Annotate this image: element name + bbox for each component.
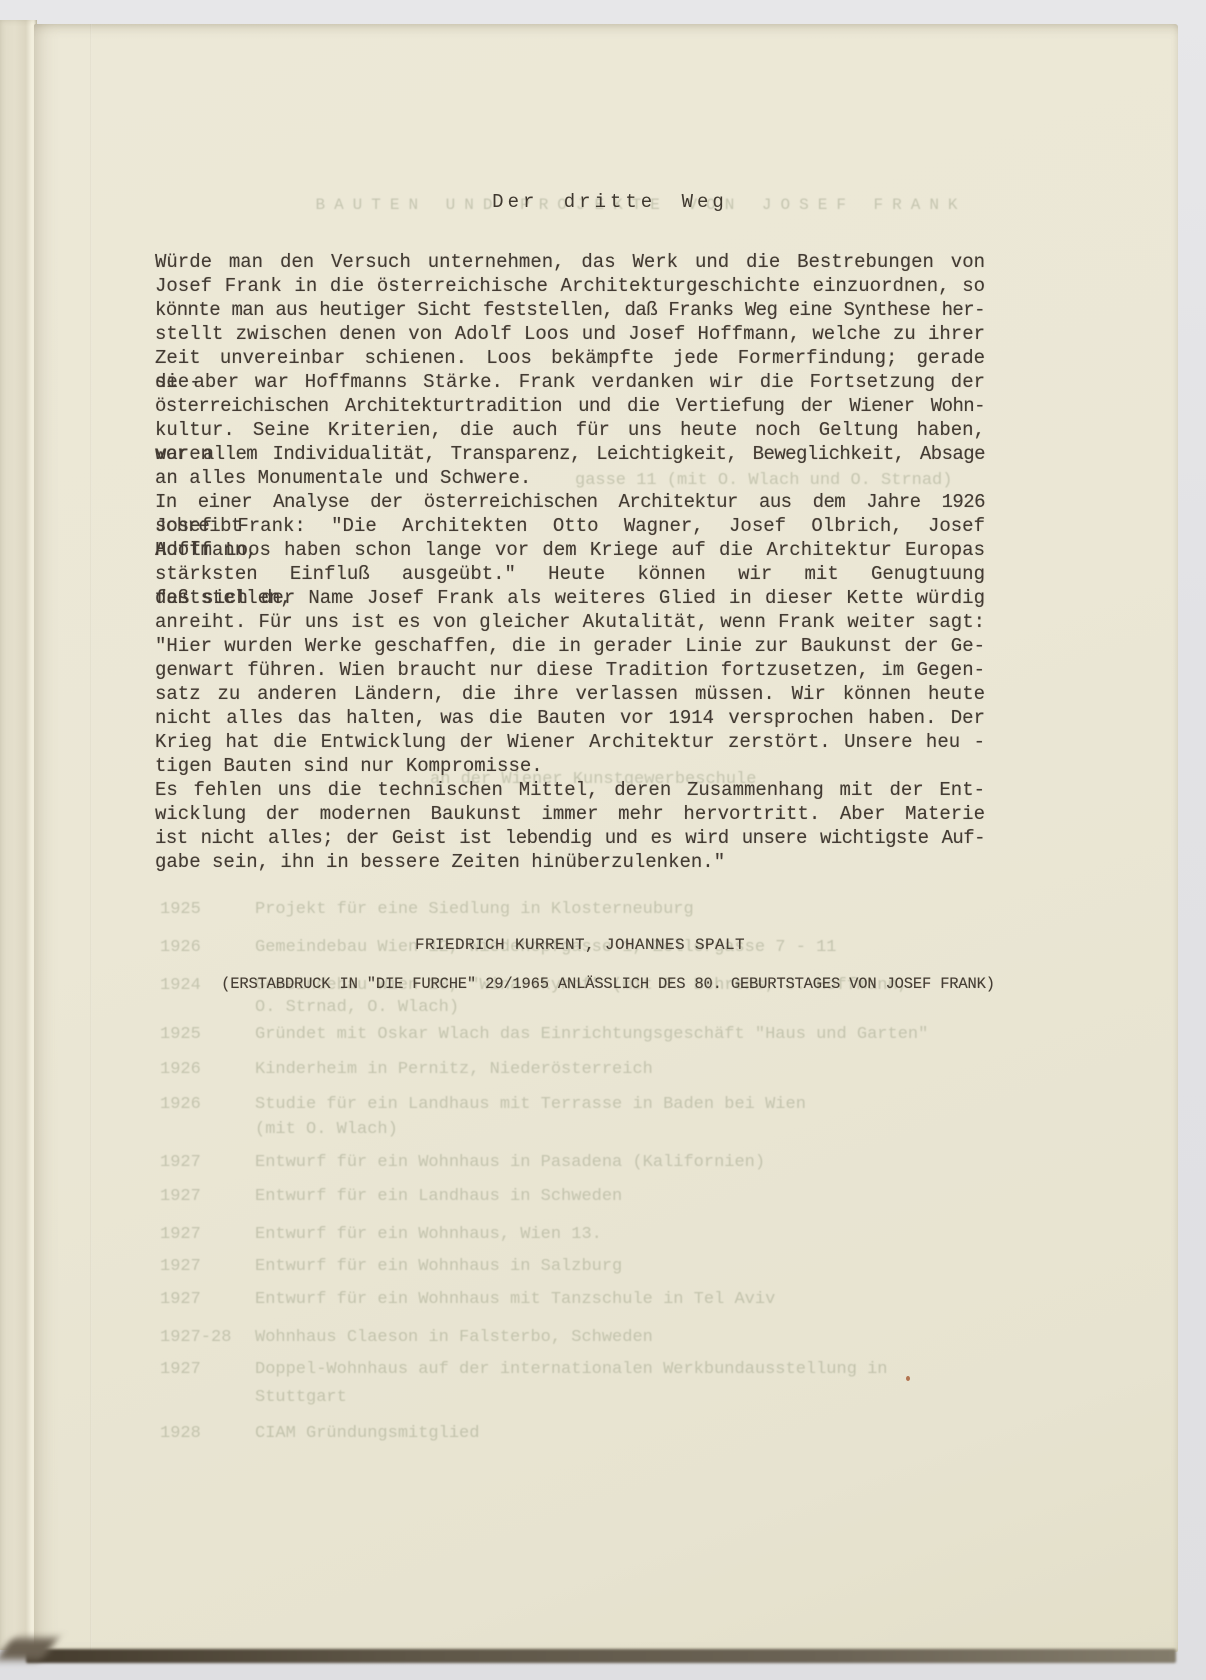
ghost-list-entry: 1925Projekt für eine Siedlung in Kloster… [34,900,1178,922]
ghost-entry-year: 1925 [160,1025,201,1044]
scanner-background: BAUTEN UND PROJEKTE VON JOSEF FRANK gass… [0,0,1206,1680]
ghost-entry-text: Entwurf für ein Wohnhaus in Salzburg [255,1257,622,1276]
body-text: Würde man den Versuch unternehmen, das W… [155,250,985,874]
ghost-entry-year: 1927-28 [160,1328,231,1347]
ghost-entry-year: 1927 [160,1153,201,1172]
body-line: stellt zwischen denen von Adolf Loos und… [155,322,985,346]
body-line: Es fehlen uns die technischen Mittel, de… [155,778,985,802]
ghost-list-entry: 1927Entwurf für ein Wohnhaus in Salzburg [34,1257,1178,1279]
body-line: Zeit unvereinbar schienen. Loos bekämpft… [155,346,985,370]
paper-speck [906,1376,910,1381]
book-page-edges [0,20,37,1650]
ghost-list-entry: 1927Entwurf für ein Wohnhaus mit Tanzsch… [34,1290,1178,1312]
ghost-entry-text: Gründet mit Oskar Wlach das Einrichtungs… [255,1025,928,1044]
body-line: tigen Bauten sind nur Kompromisse. [155,754,985,778]
ghost-list-entry: Stuttgart [34,1388,1178,1410]
source-note: (ERSTABDRUCK IN "DIE FURCHE" 29/1965 ANL… [178,975,1038,993]
attribution-authors: FRIEDRICH KURRENT, JOHANNES SPALT [165,936,995,954]
ghost-list-entry: 1927Doppel-Wohnhaus auf der internationa… [34,1360,1178,1382]
page-title: Der dritte Weg [195,191,1025,213]
ghost-entry-text: Wohnhaus Claeson in Falsterbo, Schweden [255,1328,653,1347]
body-line: satz zu anderen Ländern, die ihre verlas… [155,682,985,706]
ghost-entry-text: Kinderheim in Pernitz, Niederösterreich [255,1060,653,1079]
ghost-entry-year: 1928 [160,1424,201,1443]
ghost-entry-text: Studie für ein Landhaus mit Terrasse in … [255,1095,806,1114]
body-line: Adolf Loos haben schon lange vor dem Kri… [155,538,985,562]
body-line: Krieg hat die Entwicklung der Wiener Arc… [155,730,985,754]
body-line: wicklung der modernen Baukunst immer meh… [155,802,985,826]
body-line: kultur. Seine Kriterien, die auch für un… [155,418,985,442]
body-line: In einer Analyse der österreichischen Ar… [155,490,985,514]
body-line: ist nicht alles; der Geist ist lebendig … [155,826,985,850]
body-line: Josef Frank: "Die Architekten Otto Wagne… [155,514,985,538]
body-line: se aber war Hoffmanns Stärke. Frank verd… [155,370,985,394]
body-line: Würde man den Versuch unternehmen, das W… [155,250,985,274]
ghost-list-entry: 1928CIAM Gründungsmitglied [34,1424,1178,1446]
ghost-entry-text: Doppel-Wohnhaus auf der internationalen … [255,1360,888,1379]
document-page: BAUTEN UND PROJEKTE VON JOSEF FRANK gass… [34,24,1178,1652]
ghost-entry-text: Entwurf für ein Landhaus in Schweden [255,1187,622,1206]
body-line: stärksten Einfluß ausgeübt." Heute könne… [155,562,985,586]
ghost-entry-year: 1927 [160,1187,201,1206]
ghost-entry-year: 1927 [160,1360,201,1379]
ghost-entry-text: O. Strnad, O. Wlach) [255,998,459,1017]
body-line: nicht alles das halten, was die Bauten v… [155,706,985,730]
ghost-entry-text: Projekt für eine Siedlung in Klosterneub… [255,900,694,919]
ghost-entry-year: 1927 [160,1257,201,1276]
ghost-entry-year: 1927 [160,1290,201,1309]
body-line: vor allem Individualität, Transparenz, L… [155,442,985,466]
ghost-entry-year: 1926 [160,1060,201,1079]
body-line: Josef Frank in die österreichische Archi… [155,274,985,298]
ghost-entry-year: 1926 [160,1095,201,1114]
body-line: gabe sein, ihn in bessere Zeiten hinüber… [155,850,985,874]
ghost-entry-text: Entwurf für ein Wohnhaus in Pasadena (Ka… [255,1153,765,1172]
ghost-list-entry: 1927Entwurf für ein Wohnhaus, Wien 13. [34,1225,1178,1247]
ghost-entry-text: Stuttgart [255,1388,347,1407]
ghost-list-entry: 1926Studie für ein Landhaus mit Terrasse… [34,1095,1178,1117]
ghost-entry-year: 1927 [160,1225,201,1244]
ghost-list-entry: 1927-28Wohnhaus Claeson in Falsterbo, Sc… [34,1328,1178,1350]
body-line: daß sich der Name Josef Frank als weiter… [155,586,985,610]
ghost-list-entry: 1926Kinderheim in Pernitz, Niederösterre… [34,1060,1178,1082]
body-line: "Hier wurden Werke geschaffen, die in ge… [155,634,985,658]
page-bottom-shadow [26,1649,1176,1663]
body-line: an alles Monumentale und Schwere. [155,466,985,490]
ghost-list-entry: O. Strnad, O. Wlach) [34,998,1178,1020]
body-line: genwart führen. Wien braucht nur diese T… [155,658,985,682]
ghost-list-entry: (mit O. Wlach) [34,1120,1178,1142]
body-line: österreichischen Architekturtradition un… [155,394,985,418]
ghost-entry-text: Entwurf für ein Wohnhaus mit Tanzschule … [255,1290,775,1309]
ghost-entry-text: CIAM Gründungsmitglied [255,1424,479,1443]
body-line: anreiht. Für uns ist es von gleicher Aku… [155,610,985,634]
ghost-list-entry: 1927Entwurf für ein Landhaus in Schweden [34,1187,1178,1209]
ghost-entry-text: Entwurf für ein Wohnhaus, Wien 13. [255,1225,602,1244]
ghost-list-entry: 1927Entwurf für ein Wohnhaus in Pasadena… [34,1153,1178,1175]
ghost-list-entry: 1925Gründet mit Oskar Wlach das Einricht… [34,1025,1178,1047]
body-line: könnte man aus heutiger Sicht feststelle… [155,298,985,322]
ghost-entry-year: 1925 [160,900,201,919]
ghost-entry-text: (mit O. Wlach) [255,1120,398,1139]
